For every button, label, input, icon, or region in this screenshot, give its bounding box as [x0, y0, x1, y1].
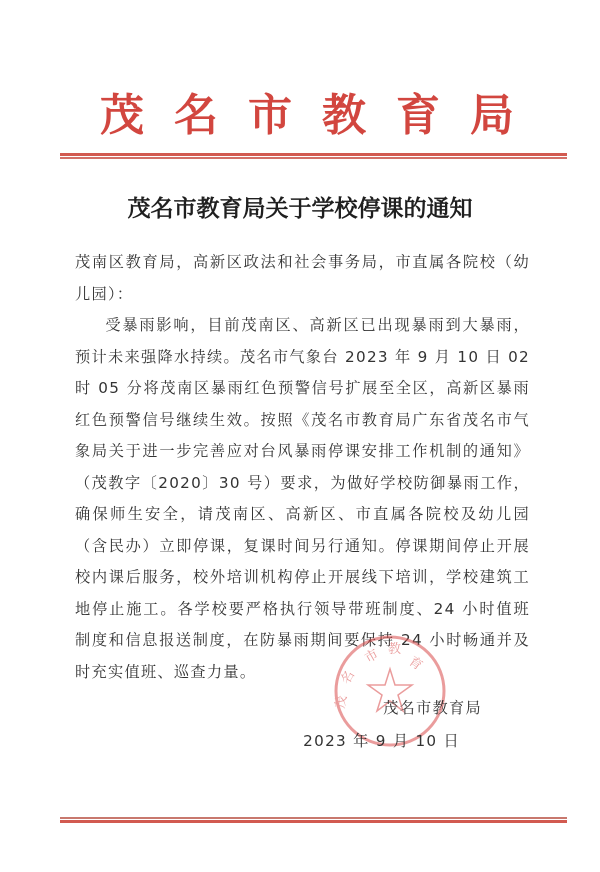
body-paragraph: 受暴雨影响，目前茂南区、高新区已出现暴雨到大暴雨，预计未来强降水持续。茂名市气象…: [75, 310, 530, 688]
svg-text:育: 育: [406, 653, 426, 674]
header-double-rule: [60, 153, 567, 159]
svg-text:市: 市: [363, 647, 382, 666]
signature-organization: 茂名市教育局: [383, 697, 482, 718]
document-title: 茂名市教育局关于学校停课的通知: [0, 190, 600, 223]
document-body: 茂南区教育局，高新区政法和社会事务局，市直属各院校（幼儿园）： 受暴雨影响，目前…: [75, 247, 530, 688]
footer-double-rule: [60, 817, 567, 823]
signature-date: 2023 年 9 月 10 日: [303, 730, 460, 751]
addressee: 茂南区教育局，高新区政法和社会事务局，市直属各院校（幼儿园）：: [75, 247, 530, 310]
masthead-title: 茂名市教育局: [0, 88, 600, 144]
svg-text:茂: 茂: [333, 694, 350, 709]
svg-text:教: 教: [388, 641, 401, 657]
